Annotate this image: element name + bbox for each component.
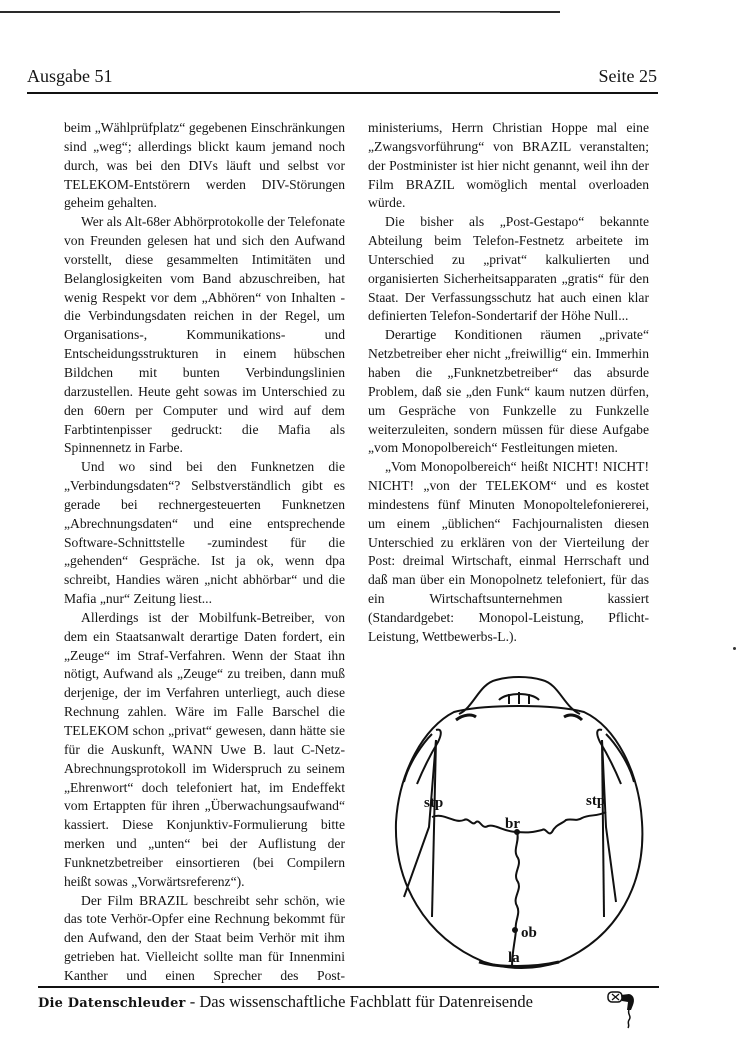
paragraph: beim „Wählprüfplatz“ gegebenen Einschrän… [64,119,345,213]
paragraph: „Vom Monopolbereich“ heißt NICHT! NICHT!… [368,458,649,646]
header-rule [27,92,658,94]
paragraph: ministeriums, Herrn Christian Hoppe mal … [368,119,649,213]
scan-artifact-rule [300,12,500,13]
magazine-tagline: Das wissenschaftliche Fachblatt für Date… [199,992,533,1011]
paragraph: Der Film BRAZIL beschreibt sehr schön, w… [64,892,345,986]
paragraph: Derartige Konditionen räumen „private“ N… [368,326,649,458]
footer-separator: - [186,992,200,1011]
magazine-name: Die Datenschleuder [38,996,186,1011]
scan-artifact-dot [733,647,736,650]
skull-diagram: stp stp br ob la [384,672,656,972]
label-stp-right: stp [586,793,605,809]
page-header: Ausgabe 51 Seite 25 [27,66,657,88]
article-column-right: ministeriums, Herrn Christian Hoppe mal … [368,119,649,647]
footer-rule [38,986,659,988]
paragraph: Wer als Alt-68er Abhörprotokolle der Tel… [64,213,345,458]
paragraph: Und wo sind bei den Funknetzen die „Verb… [64,458,345,609]
article-column-left: beim „Wählprüfplatz“ gegebenen Einschrän… [64,119,345,986]
page-number: Seite 25 [599,66,658,87]
issue-number: Ausgabe 51 [27,66,112,87]
page-footer: Die Datenschleuder - Das wissenschaftlic… [38,992,533,1012]
label-ob: ob [521,925,537,941]
label-stp-left: stp [424,795,443,811]
label-br: br [505,816,520,832]
chaos-knoten-icon [607,990,637,1030]
paragraph: Allerdings ist der Mobilfunk-Betreiber, … [64,609,345,892]
label-la: la [508,950,520,966]
paragraph: Die bisher als „Post-Gestapo“ bekannte A… [368,213,649,326]
